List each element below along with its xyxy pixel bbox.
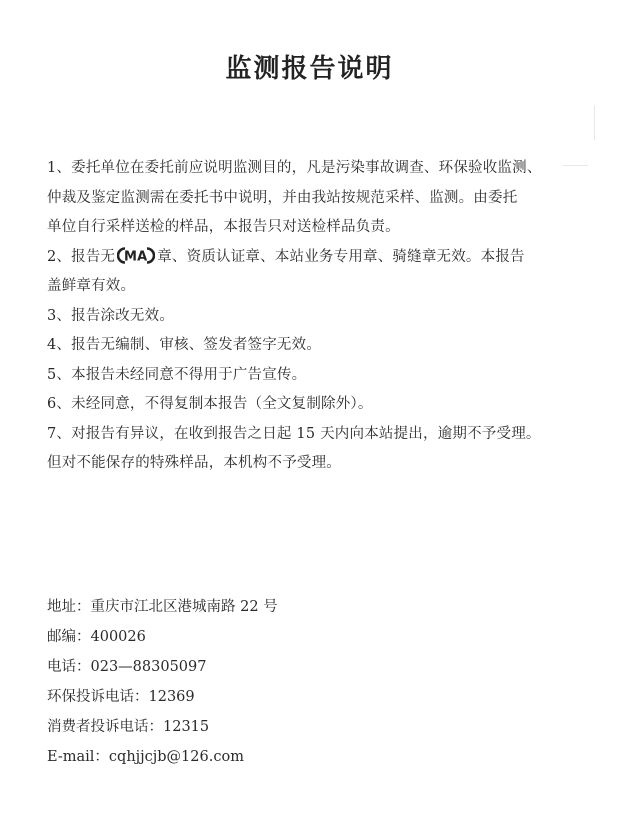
note-3: 3、报告涂改无效。 — [47, 302, 567, 332]
notes-list: 1、委托单位在委托前应说明监测目的，凡是污染事故调查、环保验收监测、 仲裁及鉴定… — [47, 154, 567, 479]
contact-info: 地址：重庆市江北区港城南路 22 号 邮编：400026 电话：023—8830… — [47, 592, 278, 772]
note-1-line-3: 单位自行采样送检的样品，本报告只对送检样品负责。 — [47, 213, 567, 243]
note-2-prefix: 2、报告无 — [47, 249, 115, 265]
note-7-line-2: 但对不能保存的特殊样品，本机构不予受理。 — [47, 449, 567, 479]
note-5: 5、本报告未经同意不得用于广告宣传。 — [47, 361, 567, 391]
cma-mark-icon: MA — [117, 247, 155, 264]
contact-email: E-mail：cqhjjcjb@126.com — [47, 742, 278, 772]
contact-phone: 电话：023—88305097 — [47, 652, 278, 682]
contact-postcode: 邮编：400026 — [47, 622, 278, 652]
svg-text:MA: MA — [124, 249, 147, 264]
note-4: 4、报告无编制、审核、签发者签字无效。 — [47, 331, 567, 361]
note-2-line-1: 2、报告无MA章、资质认证章、本站业务专用章、骑缝章无效。本报告 — [47, 243, 567, 273]
contact-consumer-complaint: 消费者投诉电话：12315 — [47, 712, 278, 742]
contact-env-complaint: 环保投诉电话：12369 — [47, 682, 278, 712]
note-2-line-2: 盖鲜章有效。 — [47, 272, 567, 302]
note-1-line-2: 仲裁及鉴定监测需在委托书中说明，并由我站按规范采样、监测。由委托 — [47, 184, 567, 214]
scan-artifact — [563, 165, 588, 166]
page-title: 监测报告说明 — [0, 48, 619, 85]
note-6: 6、未经同意，不得复制本报告（全文复制除外）。 — [47, 390, 567, 420]
scan-artifact — [594, 105, 595, 140]
contact-address: 地址：重庆市江北区港城南路 22 号 — [47, 592, 278, 622]
note-2-suffix: 章、资质认证章、本站业务专用章、骑缝章无效。本报告 — [157, 249, 525, 265]
note-1-line-1: 1、委托单位在委托前应说明监测目的，凡是污染事故调查、环保验收监测、 — [47, 154, 567, 184]
note-7-line-1: 7、对报告有异议，在收到报告之日起 15 天内向本站提出，逾期不予受理。 — [47, 420, 567, 450]
